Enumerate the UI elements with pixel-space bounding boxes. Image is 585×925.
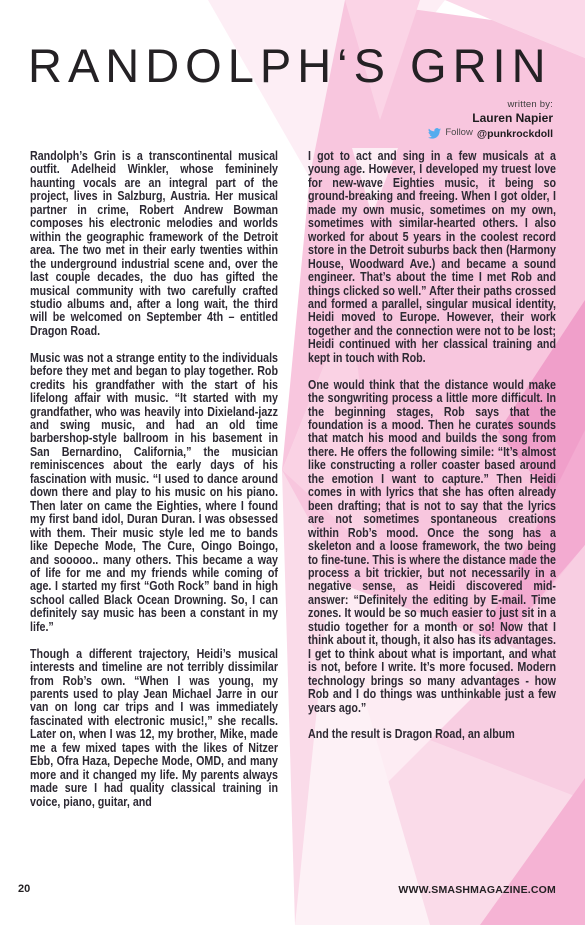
page-number: 20	[18, 883, 30, 895]
twitter-handle: @punkrockdoll	[477, 128, 553, 140]
author-name: Lauren Napier	[428, 112, 553, 126]
article-column-2: I got to act and sing in a few musicals …	[308, 150, 556, 868]
article-column-1: Randolph’s Grin is a transcontinental mu…	[30, 150, 278, 868]
page-title: RANDOLPH‘S GRIN	[28, 42, 557, 89]
paragraph-heidi-history: Though a different trajectory, Heidi’s m…	[30, 648, 278, 809]
twitter-bird-icon	[428, 128, 441, 139]
website-url: WWW.SMASHMAGAZINE.COM	[398, 884, 556, 896]
follow-label: Follow	[445, 128, 472, 139]
magazine-page: RANDOLPH‘S GRIN written by: Lauren Napie…	[0, 0, 585, 925]
paragraph-intro: Randolph’s Grin is a transcontinental mu…	[30, 150, 278, 338]
paragraph-songwriting: One would think that the distance would …	[308, 379, 556, 715]
byline: written by: Lauren Napier Follow @punkro…	[428, 100, 553, 140]
twitter-follow: Follow @punkrockdoll	[428, 128, 553, 140]
twitter-bird-path	[428, 128, 441, 139]
paragraph-rob-history: Music was not a strange entity to the in…	[30, 352, 278, 635]
written-by-label: written by:	[428, 100, 553, 111]
paragraph-result: And the result is Dragon Road, an album	[308, 728, 556, 741]
paragraph-heidi-continued: I got to act and sing in a few musicals …	[308, 150, 556, 365]
